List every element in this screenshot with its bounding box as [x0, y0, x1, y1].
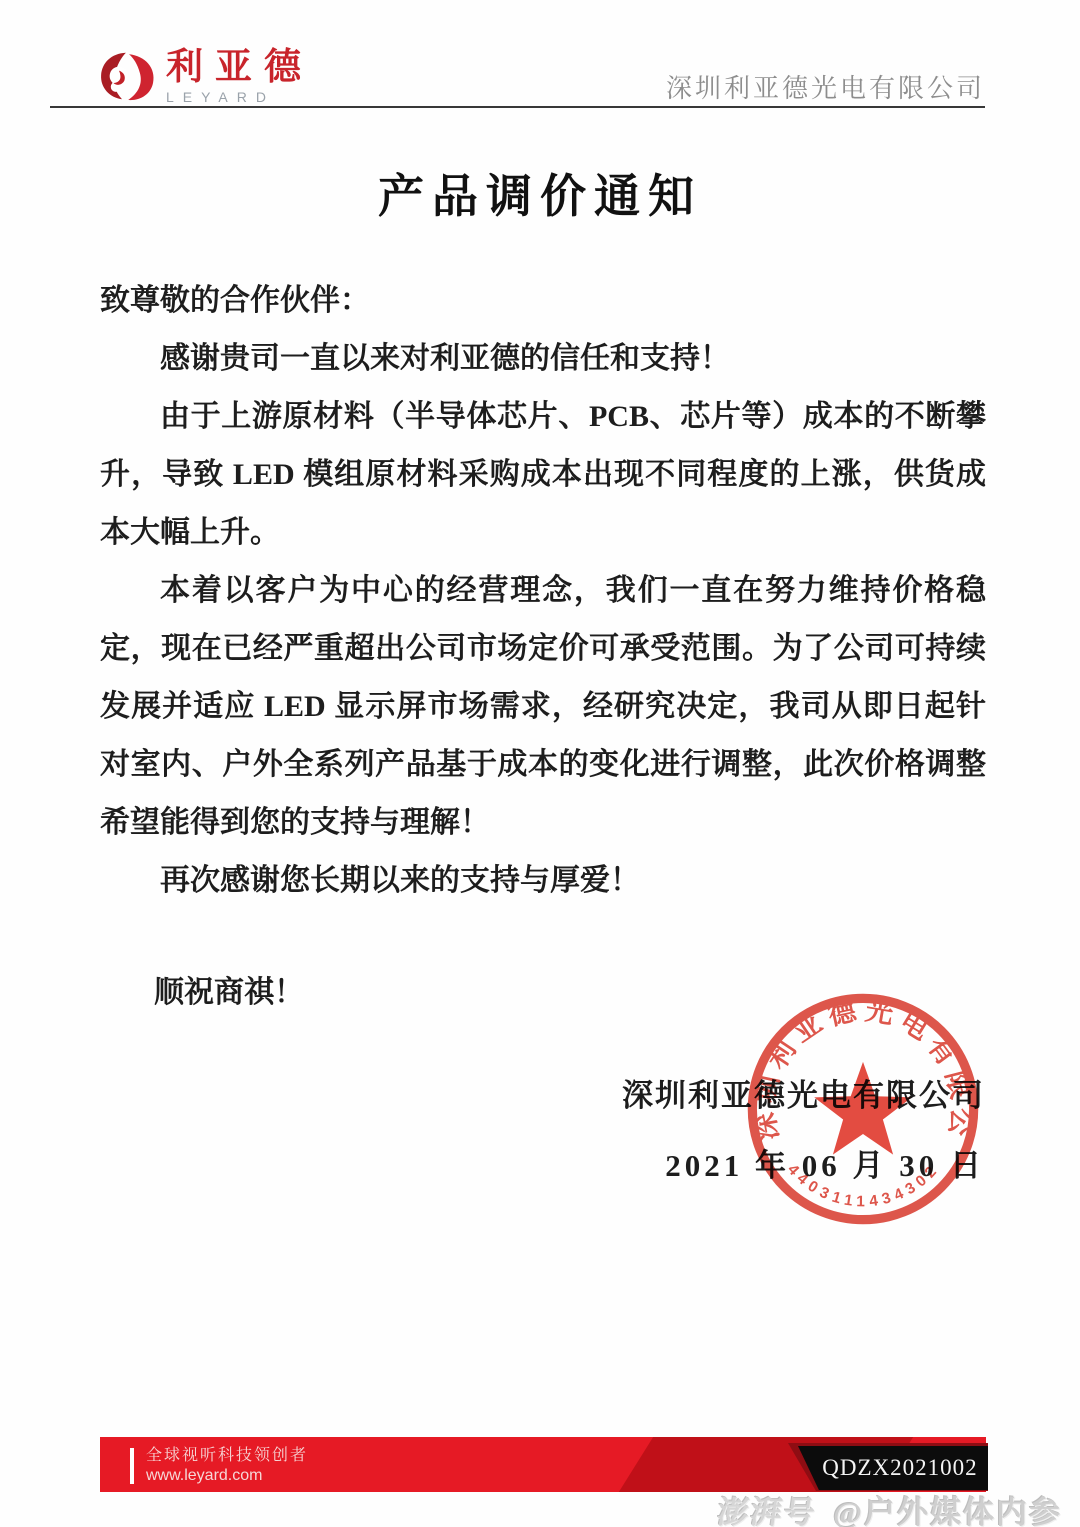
- header-company-name: 深圳利亚德光电有限公司: [666, 68, 985, 105]
- signature-block: 深圳利亚德光电有限公司 2021 年 06 月 30 日: [622, 1070, 985, 1185]
- signature-date: 2021 年 06 月 30 日: [622, 1140, 985, 1185]
- salutation: 致尊敬的合作伙伴：: [100, 272, 986, 330]
- paragraph: 感谢贵司一直以来对利亚德的信任和支持！: [100, 330, 986, 388]
- watermark-platform-logo: 澎湃号: [715, 1487, 820, 1527]
- header-divider-line: [50, 106, 985, 108]
- signature-company: 深圳利亚德光电有限公司: [622, 1070, 985, 1115]
- closing-salutation: 顺祝商祺！: [100, 964, 986, 1022]
- brand-name-en: LEYARD: [166, 89, 313, 105]
- doc-number-badge: QDZX2021002: [798, 1446, 988, 1490]
- platform-watermark: 澎湃号@户外媒体内参: [718, 1487, 1062, 1527]
- watermark-handle: @户外媒体内参: [833, 1495, 1062, 1527]
- paragraph: 本着以客户为中心的经营理念，我们一直在努力维持价格稳定，现在已经严重超出公司市场…: [100, 562, 986, 852]
- price-notice-letter: 利亚德 LEYARD 深圳利亚德光电有限公司 产品调价通知 致尊敬的合作伙伴： …: [0, 0, 1080, 1527]
- leyard-swirl-icon: [98, 44, 160, 108]
- leyard-logo: 利亚德 LEYARD: [98, 44, 313, 108]
- paragraph: 再次感谢您长期以来的支持与厚爱！: [100, 852, 986, 910]
- doc-number: QDZX2021002: [808, 1455, 977, 1481]
- footer-slogan: 全球视听科技领创者: [146, 1446, 308, 1465]
- logo-wordmark: 利亚德 LEYARD: [166, 48, 313, 105]
- brand-name-cn: 利亚德: [166, 48, 313, 86]
- letter-body: 致尊敬的合作伙伴： 感谢贵司一直以来对利亚德的信任和支持！ 由于上游原材料（半导…: [100, 272, 986, 1022]
- page-title: 产品调价通知: [0, 160, 1080, 226]
- paragraph: 由于上游原材料（半导体芯片、PCB、芯片等）成本的不断攀升，导致 LED 模组原…: [100, 388, 986, 562]
- footer-brand-bar: 全球视听科技领创者 www.leyard.com QDZX2021002: [100, 1437, 986, 1492]
- footer-vertical-rule: [130, 1448, 134, 1484]
- footer-left-group: 全球视听科技领创者 www.leyard.com: [130, 1446, 308, 1485]
- footer-website: www.leyard.com: [146, 1466, 308, 1485]
